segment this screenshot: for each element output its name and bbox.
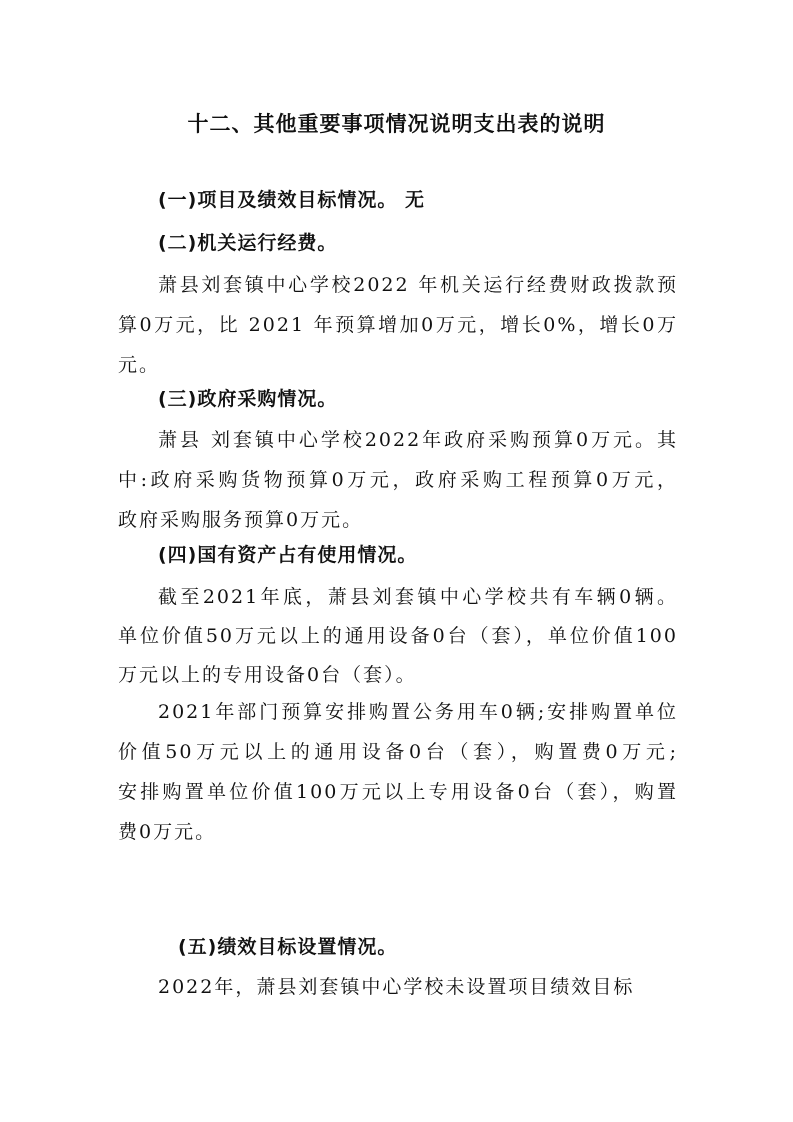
paragraph-line: 价值50万元以上的通用设备0台（套），购置费0万元;	[118, 737, 678, 764]
paragraph-line: 截至2021年底，萧县刘套镇中心学校共有车辆0辆。	[158, 582, 678, 609]
paragraph-line: 单位价值50万元以上的通用设备0台（套），单位价值100	[118, 621, 678, 648]
paragraph-line: 中:政府采购货物预算0万元，政府采购工程预算0万元，	[118, 465, 678, 492]
section-heading-4: (四)国有资产占有使用情况。	[158, 540, 417, 567]
section-heading-5: (五)绩效目标设置情况。	[178, 932, 397, 959]
section-heading-2: (二)机关运行经费。	[158, 228, 337, 255]
paragraph-line: 万元以上的专用设备0台（套）。	[118, 660, 678, 687]
paragraph-line: 2021年部门预算安排购置公务用车0辆;安排购置单位	[158, 697, 678, 724]
section-heading-3: (三)政府采购情况。	[158, 384, 337, 411]
paragraph-line: 算0万元，比 2021 年预算增加0万元，增长0%，增长0万	[118, 310, 678, 337]
paragraph-line: 2022年，萧县刘套镇中心学校未设置项目绩效目标	[158, 972, 718, 999]
page-title: 十二、其他重要事项情况说明支出表的说明	[0, 108, 793, 138]
section-heading-1: (一)项目及绩效目标情况。 无	[158, 185, 425, 212]
paragraph-line: 费0万元。	[118, 817, 678, 844]
paragraph-line: 安排购置单位价值100万元以上专用设备0台（套），购置	[118, 777, 678, 804]
paragraph-line: 萧县 刘套镇中心学校2022年政府采购预算0万元。其	[158, 425, 678, 452]
paragraph-line: 萧县刘套镇中心学校2022 年机关运行经费财政拨款预	[158, 270, 678, 297]
paragraph-line: 元。	[118, 350, 678, 377]
paragraph-line: 政府采购服务预算0万元。	[118, 505, 678, 532]
